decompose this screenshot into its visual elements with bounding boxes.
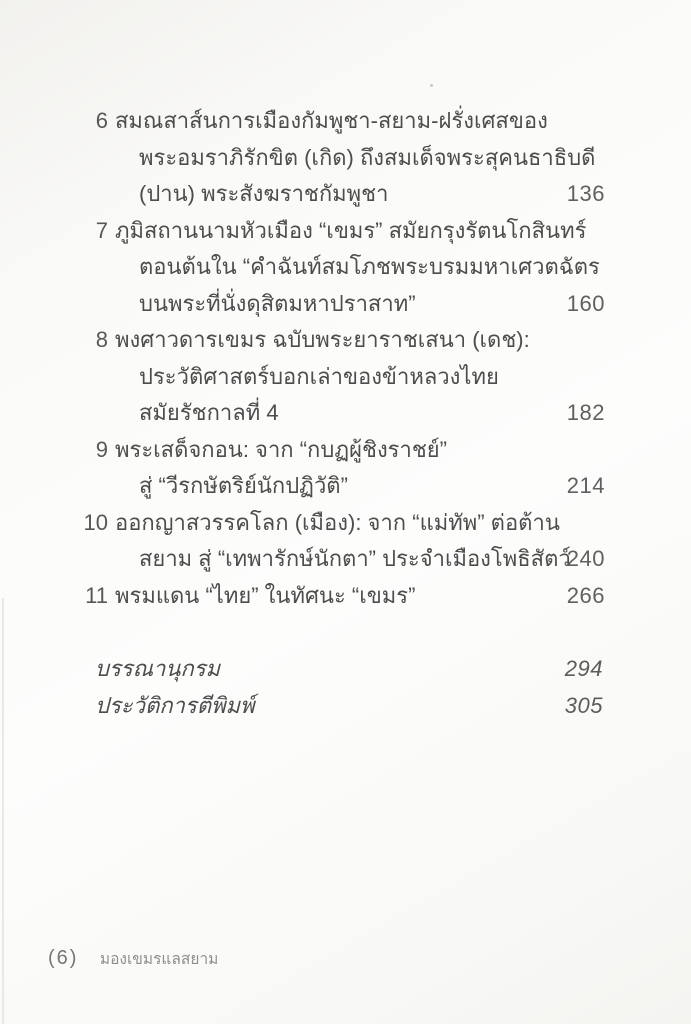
toc-entry-line: 8 พงศาวดารเขมร ฉบับพระยาราชเสนา (เดช): [0, 322, 691, 359]
toc-entry-line: พระอมราภิรักขิต (เกิด) ถึงสมเด็จพระสุคนธ… [0, 140, 691, 177]
chapter-title-text: บนพระที่นั่งดุสิตมหาปราสาท” [139, 291, 416, 316]
table-of-contents: 6 สมณสาส์นการเมืองกัมพูชา-สยาม-ฝรั่งเศสข… [0, 0, 691, 724]
chapter-title-text: ประวัติศาสตร์บอกเล่าของข้าหลวงไทย [139, 364, 499, 389]
chapter-number: 7 [0, 213, 108, 250]
chapter-number: 11 [0, 578, 108, 615]
chapter-title-text: ออกญาสวรรคโลก (เมือง): จาก “แม่ทัพ” ต่อต… [115, 510, 560, 535]
back-matter-title: ประวัติการตีพิมพ์ [95, 693, 255, 718]
chapter-title-text: สมณสาส์นการเมืองกัมพูชา-สยาม-ฝรั่งเศสของ [115, 108, 548, 133]
chapter-title-text: สยาม สู่ “เทพารักษ์นักตา” ประจำเมืองโพธิ… [139, 546, 571, 571]
page-number: 160 [567, 286, 605, 323]
page-number: 305 [565, 687, 603, 724]
page-number: 136 [567, 176, 605, 213]
chapter-title-text: สมัยรัชกาลที่ 4 [139, 400, 279, 425]
page-number: 182 [567, 395, 605, 432]
page-number: 294 [565, 650, 603, 687]
toc-entry-line: สู่ “วีรกษัตริย์นักปฏิวัติ” 214 [0, 468, 691, 505]
toc-entry-line: สมัยรัชกาลที่ 4 182 [0, 395, 691, 432]
chapter-number: 6 [0, 103, 108, 140]
toc-entry-line: (ปาน) พระสังฆราชกัมพูชา 136 [0, 176, 691, 213]
toc-entry-line: ประวัติศาสตร์บอกเล่าของข้าหลวงไทย [0, 359, 691, 396]
toc-entry-line: 11 พรมแดน “ไทย” ในทัศนะ “เขมร” 266 [0, 578, 691, 615]
chapter-title-text: ภูมิสถานนามหัวเมือง “เขมร” สมัยกรุงรัตนโ… [115, 218, 586, 243]
chapter-title-text: พรมแดน “ไทย” ในทัศนะ “เขมร” [115, 583, 415, 608]
page-number: 214 [567, 468, 605, 505]
page-number: 266 [567, 578, 605, 615]
chapter-number: 9 [0, 432, 108, 469]
folio-number: (6) [48, 947, 78, 969]
back-matter-section: บรรณานุกรม 294 ประวัติการตีพิมพ์ 305 [0, 650, 691, 724]
book-page: 6 สมณสาส์นการเมืองกัมพูชา-สยาม-ฝรั่งเศสข… [0, 0, 691, 1024]
running-book-title: มองเขมรแลสยาม [100, 951, 218, 968]
toc-entry-line: 9 พระเสด็จกอน: จาก “กบฏผู้ชิงราชย์” [0, 432, 691, 469]
back-matter-line: บรรณานุกรม 294 [0, 650, 691, 687]
chapter-number: 10 [0, 505, 108, 542]
toc-entry-line: 10 ออกญาสวรรคโลก (เมือง): จาก “แม่ทัพ” ต… [0, 505, 691, 542]
page-number: 240 [567, 541, 605, 578]
chapter-title-text: พระเสด็จกอน: จาก “กบฏผู้ชิงราชย์” [115, 437, 447, 462]
toc-entry-line: สยาม สู่ “เทพารักษ์นักตา” ประจำเมืองโพธิ… [0, 541, 691, 578]
page-footer: (6) มองเขมรแลสยาม [48, 946, 218, 971]
back-matter-title: บรรณานุกรม [95, 656, 220, 681]
back-matter-line: ประวัติการตีพิมพ์ 305 [0, 687, 691, 724]
chapter-title-text: สู่ “วีรกษัตริย์นักปฏิวัติ” [139, 473, 348, 498]
toc-entry-line: 6 สมณสาส์นการเมืองกัมพูชา-สยาม-ฝรั่งเศสข… [0, 103, 691, 140]
chapter-title-text: พงศาวดารเขมร ฉบับพระยาราชเสนา (เดช): [115, 327, 530, 352]
chapter-number: 8 [0, 322, 108, 359]
toc-entry-line: ตอนต้นใน “คำฉันท์สมโภชพระบรมมหาเศวตฉัตร [0, 249, 691, 286]
chapter-title-text: พระอมราภิรักขิต (เกิด) ถึงสมเด็จพระสุคนธ… [139, 145, 595, 170]
toc-entry-line: บนพระที่นั่งดุสิตมหาปราสาท” 160 [0, 286, 691, 323]
chapter-title-text: (ปาน) พระสังฆราชกัมพูชา [139, 181, 388, 206]
chapter-title-text: ตอนต้นใน “คำฉันท์สมโภชพระบรมมหาเศวตฉัตร [139, 254, 600, 279]
toc-entry-line: 7 ภูมิสถานนามหัวเมือง “เขมร” สมัยกรุงรัต… [0, 213, 691, 250]
